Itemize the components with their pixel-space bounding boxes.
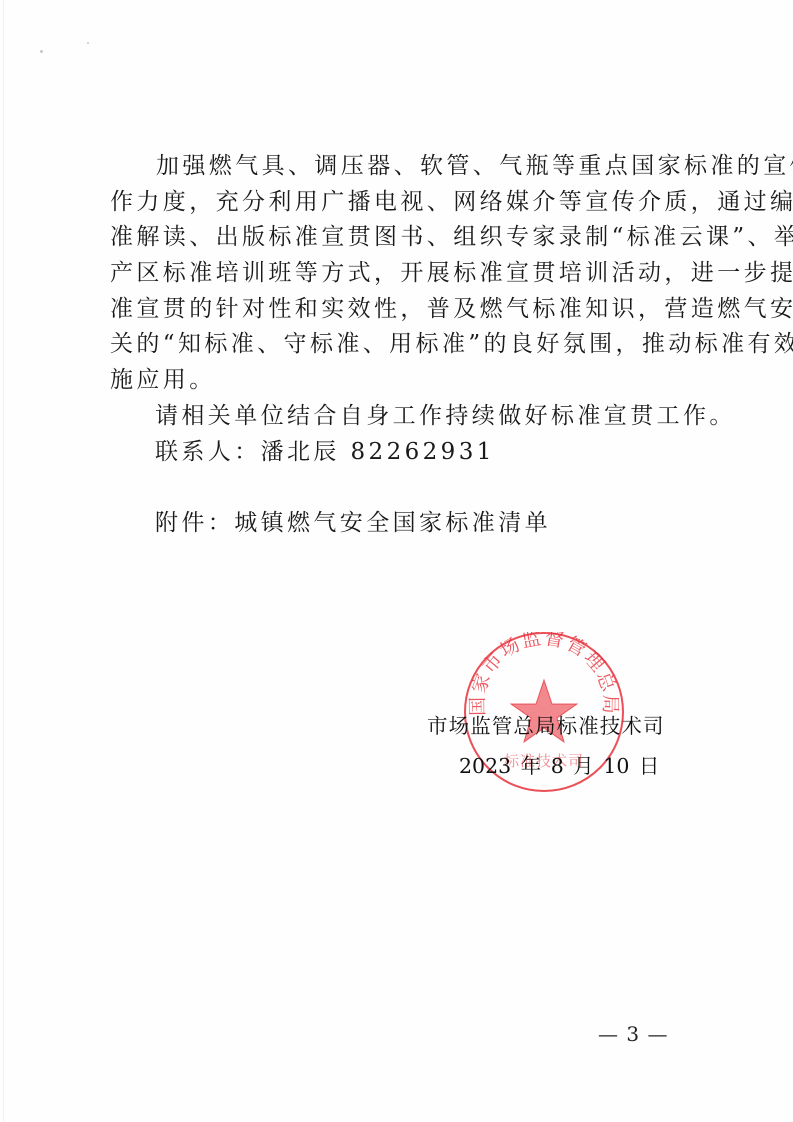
document-page: 加强燃气具、调压器、软管、气瓶等重点国家标准的宣传工 作力度，充分利用广播电视、… bbox=[0, 0, 793, 1122]
issuer-signature: 市场监管总局标准技术司 bbox=[427, 709, 665, 739]
scan-edge-line bbox=[3, 0, 4, 1122]
page-number: — 3 — bbox=[598, 1022, 668, 1046]
blank-line bbox=[110, 470, 704, 506]
scan-speck bbox=[87, 42, 89, 44]
attachment-line[interactable]: 附件：城镇燃气安全国家标准清单 bbox=[110, 506, 704, 542]
paragraph-line: 作力度，充分利用广播电视、网络媒介等宣传介质，通过编制标 bbox=[110, 185, 704, 221]
paragraph-line: 关的“知标准、守标准、用标准”的良好氛围，推动标准有效实 bbox=[110, 327, 704, 363]
scan-speck bbox=[40, 50, 43, 53]
paragraph-line: 加强燃气具、调压器、软管、气瓶等重点国家标准的宣传工 bbox=[110, 149, 704, 185]
issue-date: 2023 年 8 月 10 日 bbox=[459, 749, 659, 779]
paragraph-line: 施应用。 bbox=[110, 363, 704, 399]
contact-line: 联系人：潘北辰 82262931 bbox=[110, 435, 704, 471]
paragraph-line: 准解读、出版标准宣贯图书、组织专家录制“标准云课”、举办主 bbox=[110, 220, 704, 256]
paragraph-line: 准宣贯的针对性和实效性，普及燃气标准知识，营造燃气安全相 bbox=[110, 292, 704, 328]
paragraph-request: 请相关单位结合自身工作持续做好标准宣贯工作。 bbox=[110, 399, 704, 435]
paragraph-promotion: 加强燃气具、调压器、软管、气瓶等重点国家标准的宣传工 作力度，充分利用广播电视、… bbox=[110, 149, 704, 399]
body-text: 加强燃气具、调压器、软管、气瓶等重点国家标准的宣传工 作力度，充分利用广播电视、… bbox=[110, 149, 704, 542]
paragraph-line: 产区标准培训班等方式，开展标准宣贯培训活动，进一步提高标 bbox=[110, 256, 704, 292]
